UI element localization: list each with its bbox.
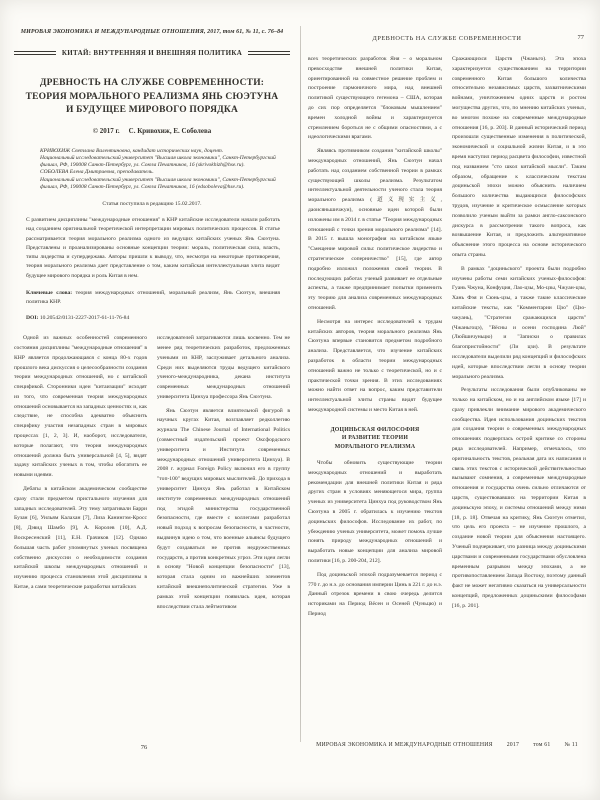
affiliation-line-1: КРИВОХИЖ Светлана Валентиновна, кандидат… <box>40 148 282 155</box>
body-paragraph: Под доциньской эпохой подразумевается пе… <box>308 571 442 620</box>
footer-issue: № 11 <box>564 742 577 748</box>
body-column-2: исследователей затрагиваются лишь косвен… <box>157 334 290 612</box>
affiliation-line-3: СОБОЛЕВА Елена Дмитриевна, преподаватель… <box>40 169 282 176</box>
affiliations-block: КРИВОХИЖ Светлана Валентиновна, кандидат… <box>40 148 282 192</box>
body-paragraph: всех теоретических разработок Яня – о мо… <box>308 55 442 143</box>
left-page: МИРОВАЯ ЭКОНОМИКА И МЕЖДУНАРОДНЫЕ ОТНОШЕ… <box>14 28 290 772</box>
doi-block: DOI: 10.20542/0131-2227-2017-61-11-76-84 <box>26 315 280 321</box>
running-head-row: ДРЕВНОСТЬ НА СЛУЖБЕ СОВРЕМЕННОСТИ 77 <box>308 35 586 42</box>
body-columns: Одной из важных особенностей современног… <box>14 334 290 612</box>
title-line-3: И БУДУЩЕЕ МИРОВОГО ПОРЯДКА <box>14 104 290 118</box>
rubric-row: КИТАЙ: ВНУТРЕННЯЯ И ВНЕШНЯЯ ПОЛИТИКА <box>14 49 290 57</box>
running-head: ДРЕВНОСТЬ НА СЛУЖБЕ СОВРЕМЕННОСТИ <box>373 35 522 42</box>
journal-spread: МИРОВАЯ ЭКОНОМИКА И МЕЖДУНАРОДНЫЕ ОТНОШЕ… <box>0 0 600 800</box>
keywords-block: Ключевые слова: теория международных отн… <box>26 289 280 307</box>
copyright-label: © 2017 г. <box>93 127 120 135</box>
title-line-2: ТЕОРИЯ МОРАЛЬНОГО РЕАЛИЗМА ЯНЬ СЮЭТУНА <box>14 91 290 105</box>
right-page: ДРЕВНОСТЬ НА СЛУЖБЕ СОВРЕМЕННОСТИ 77 все… <box>308 28 586 772</box>
body-columns: всех теоретических разработок Яня – о мо… <box>308 55 586 620</box>
abstract-text: С развитием дисциплины "международные от… <box>26 216 280 280</box>
title-line-1: ДРЕВНОСТЬ НА СЛУЖБЕ СОВРЕМЕННОСТИ: <box>14 77 290 91</box>
journal-footer: МИРОВАЯ ЭКОНОМИКА И МЕЖДУНАРОДНЫЕ ОТНОШЕ… <box>308 742 586 748</box>
footer-volume: том 61 <box>533 742 550 748</box>
rubric-rule-right <box>248 51 290 55</box>
body-column-1: Одной из важных особенностей современног… <box>14 334 147 612</box>
section-heading-line-1: ДОЦИНЬСКАЯ ФИЛОСОФИЯ <box>312 426 438 435</box>
section-heading-line-3: МОРАЛЬНОГО РЕАЛИЗМА <box>312 443 438 452</box>
body-paragraph: исследователей затрагиваются лишь косвен… <box>157 334 290 403</box>
rubric-title: КИТАЙ: ВНУТРЕННЯЯ И ВНЕШНЯЯ ПОЛИТИКА <box>62 49 242 57</box>
received-date: Статья поступила в редакцию 15.02.2017. <box>14 201 290 207</box>
footer-year: 2017 <box>507 742 519 748</box>
body-paragraph: Сражающихся Царств (Чжаньго). Эта эпоха … <box>452 55 586 261</box>
affiliation-line-4: Национальный исследовательский университ… <box>40 177 282 192</box>
authors-line: © 2017 г.С. Кривохиж, Е. Соболева <box>14 127 290 135</box>
keywords-label: Ключевые слова: <box>26 290 72 296</box>
body-paragraph: Дебаты в китайском академическом сообщес… <box>14 485 147 593</box>
body-paragraph: Одной из важных особенностей современног… <box>14 334 147 481</box>
doi-label: DOI: <box>26 315 38 321</box>
body-paragraph: В рамках "доциньского" проекта были подр… <box>452 265 586 383</box>
author-names: С. Кривохиж, Е. Соболева <box>129 127 212 135</box>
section-heading-line-2: И РАЗВИТИЕ ТЕОРИИ <box>312 434 438 443</box>
page-gutter-line <box>300 26 301 742</box>
body-column-1: всех теоретических разработок Яня – о мо… <box>308 55 442 620</box>
journal-header: МИРОВАЯ ЭКОНОМИКА И МЕЖДУНАРОДНЫЕ ОТНОШЕ… <box>14 28 290 36</box>
body-paragraph: Янь Сюэтун является влиятельной фигурой … <box>157 407 290 613</box>
affiliation-line-2: Национальный исследовательский университ… <box>40 155 282 170</box>
section-heading: ДОЦИНЬСКАЯ ФИЛОСОФИЯ И РАЗВИТИЕ ТЕОРИИ М… <box>312 426 438 452</box>
doi-value: 10.20542/0131-2227-2017-61-11-76-84 <box>40 315 129 321</box>
body-column-2: Сражающихся Царств (Чжаньго). Эта эпоха … <box>452 55 586 620</box>
page-number: 77 <box>578 34 585 41</box>
body-paragraph: Чтобы обновить существующие теории между… <box>308 459 442 567</box>
page-number: 76 <box>14 744 274 751</box>
body-paragraph: Несмотря на интерес исследователей к тру… <box>308 318 442 416</box>
article-title: ДРЕВНОСТЬ НА СЛУЖБЕ СОВРЕМЕННОСТИ: ТЕОРИ… <box>14 77 290 118</box>
body-paragraph: Результаты исследования были опубликован… <box>452 386 586 611</box>
rubric-rule-left <box>14 51 56 55</box>
footer-journal-name: МИРОВАЯ ЭКОНОМИКА И МЕЖДУНАРОДНЫЕ ОТНОШЕ… <box>316 742 493 748</box>
body-paragraph: Являясь противником создания "китайской … <box>308 147 442 314</box>
